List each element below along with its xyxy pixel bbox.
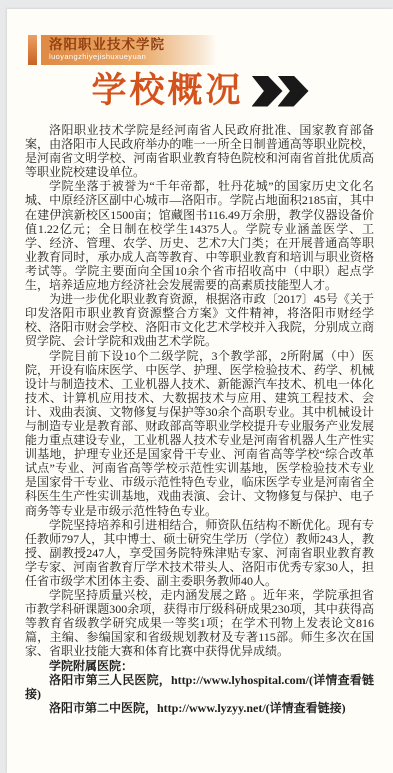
hospital-line-1: 洛阳市第三人民医院，http://www.lyhospital.com/(详情查… xyxy=(25,673,374,701)
affiliated-hospitals-heading: 学院附属医院： xyxy=(25,659,374,673)
school-name-pinyin: luoyangzhiyejishuxueyuan xyxy=(49,52,217,61)
double-right-arrows-icon xyxy=(252,76,309,107)
chevron-right-icon xyxy=(252,76,283,107)
school-name: 洛阳职业技术学院 xyxy=(49,37,217,52)
section-title-row: 学校概况 xyxy=(7,71,393,111)
overview-text: 洛阳职业技术学院是经河南省人民政府批准、国家教育部备案，由洛阳市人民政府举办的唯… xyxy=(25,123,374,715)
logo-banner-background: 洛阳职业技术学院 luoyangzhiyejishuxueyuan xyxy=(41,35,217,65)
page-title: 学校概况 xyxy=(91,71,243,111)
school-logo-banner: 洛阳职业技术学院 luoyangzhiyejishuxueyuan xyxy=(28,35,217,65)
overview-paragraph-4: 学院目前下设10个二级学院，3个教学部，2所附属（中）医院，开设有临床医学、中医… xyxy=(25,349,374,518)
hospital-line-2: 洛阳市第二中医院，http://www.lyzyy.net/(详情查看链接) xyxy=(25,701,374,715)
document-page: 洛阳职业技术学院 luoyangzhiyejishuxueyuan 学校概况 洛… xyxy=(7,9,393,773)
overview-paragraph-3: 为进一步优化职业教育资源，根据洛市政〔2017〕45号《关于印发洛阳市职业教育资… xyxy=(25,292,374,348)
overview-paragraph-5: 学院坚持培养和引进相结合，师资队伍结构不断优化。现有专任教师797人，其中博士、… xyxy=(25,518,374,588)
overview-paragraph-2: 学院坐落于被誉为“千年帝都，牡丹花城”的国家历史文化名城、中原经济区副中心城市—… xyxy=(25,179,374,292)
logo-accent-bar xyxy=(28,35,37,65)
overview-paragraph-6: 学院坚持质量兴校，走内涵发展之路 。近年来，学院承担省市教学科研课题300余项，… xyxy=(25,588,374,658)
overview-paragraph-1: 洛阳职业技术学院是经河南省人民政府批准、国家教育部备案，由洛阳市人民政府举办的唯… xyxy=(25,123,374,179)
